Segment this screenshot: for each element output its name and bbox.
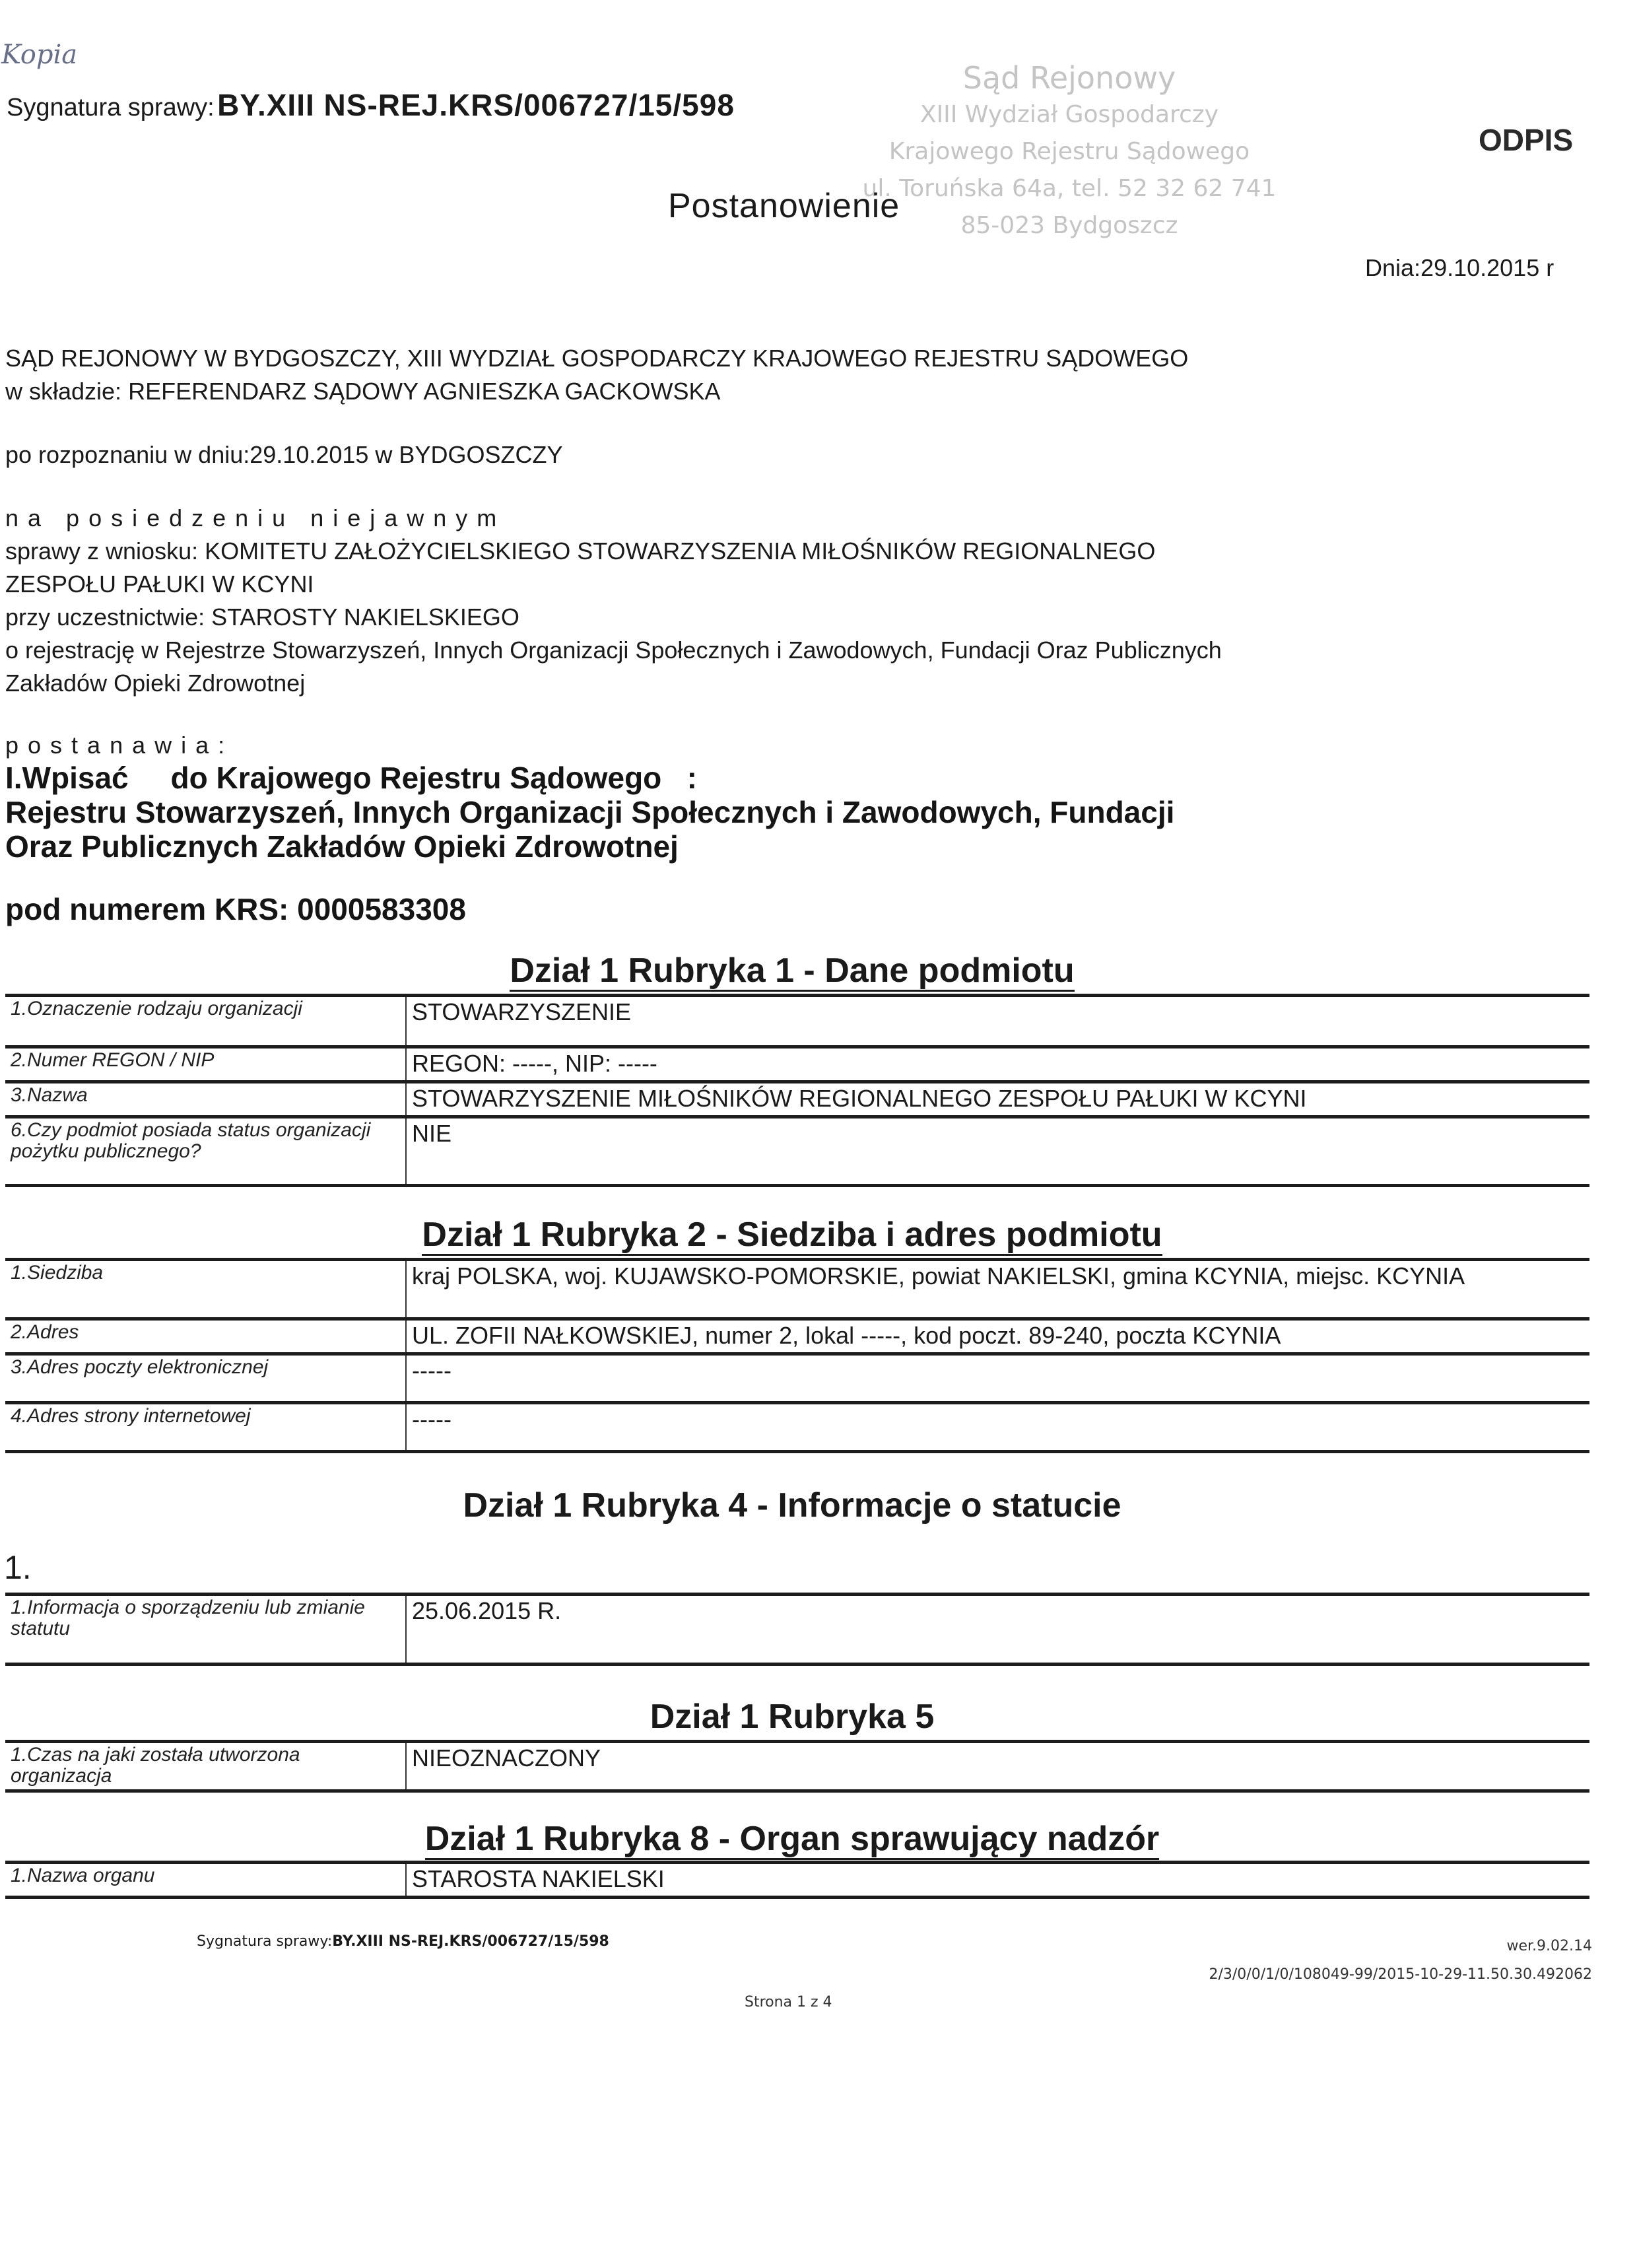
decision-line-2: Rejestru Stowarzyszeń, Innych Organizacj… bbox=[5, 795, 1174, 829]
table-row: 1.Nazwa organu STAROSTA NAKIELSKI bbox=[5, 1863, 1589, 1898]
footer-document-id: 2/3/0/0/1/0/108049-99/2015-10-29-11.50.3… bbox=[1209, 1966, 1592, 1983]
row-label: 1.Czas na jaki została utworzona organiz… bbox=[5, 1742, 406, 1791]
row-label: 3.Nazwa bbox=[5, 1082, 406, 1117]
table-rubryka-5: 1.Czas na jaki została utworzona organiz… bbox=[5, 1740, 1589, 1793]
row-value: REGON: -----, NIP: ----- bbox=[406, 1047, 1589, 1082]
stamp-line-1: Sąd Rejonowy bbox=[772, 59, 1366, 96]
row-value: STOWARZYSZENIE bbox=[406, 996, 1589, 1047]
handwritten-note: Kopia bbox=[1, 40, 77, 70]
row-label: 1.Informacja o sporządzeniu lub zmianie … bbox=[5, 1595, 406, 1665]
row-label: 1.Siedziba bbox=[5, 1260, 406, 1319]
table-rubryka-8: 1.Nazwa organu STAROSTA NAKIELSKI bbox=[5, 1861, 1589, 1899]
table-row: 1.Oznaczenie rodzaju organizacji STOWARZ… bbox=[5, 996, 1589, 1047]
court-name: SĄD REJONOWY W BYDGOSZCZY, XIII WYDZIAŁ … bbox=[5, 342, 1188, 375]
row-value: ----- bbox=[406, 1403, 1589, 1452]
footer-signature-value: BY.XIII NS-REJ.KRS/006727/15/598 bbox=[332, 1933, 609, 1950]
table-row: 3.Nazwa STOWARZYSZENIE MIŁOŚNIKÓW REGION… bbox=[5, 1082, 1589, 1117]
section-title-rubryka-8: Dział 1 Rubryka 8 - Organ sprawujący nad… bbox=[0, 1819, 1584, 1859]
row-label: 6.Czy podmiot posiada status organizacji… bbox=[5, 1117, 406, 1186]
case-signature-label: Sygnatura sprawy: bbox=[7, 94, 215, 121]
table-row: 1.Czas na jaki została utworzona organiz… bbox=[5, 1742, 1589, 1791]
copy-marker: ODPIS bbox=[1479, 122, 1573, 158]
table-row: 1.Informacja o sporządzeniu lub zmianie … bbox=[5, 1595, 1589, 1665]
row-value: STAROSTA NAKIELSKI bbox=[406, 1863, 1589, 1898]
entry-number: 1. bbox=[4, 1548, 32, 1587]
table-row: 1.Siedziba kraj POLSKA, woj. KUJAWSKO-PO… bbox=[5, 1260, 1589, 1319]
table-rubryka-4: 1.Informacja o sporządzeniu lub zmianie … bbox=[5, 1593, 1589, 1666]
stamp-line-2: XIII Wydział Gospodarczy bbox=[772, 96, 1366, 133]
decision-line-1: I.Wpisać do Krajowego Rejestru Sądowego … bbox=[5, 761, 697, 795]
row-label: 2.Numer REGON / NIP bbox=[5, 1047, 406, 1082]
row-label: 4.Adres strony internetowej bbox=[5, 1403, 406, 1452]
stamp-line-3: Krajowego Rejestru Sądowego bbox=[772, 133, 1366, 170]
table-row: 6.Czy podmiot posiada status organizacji… bbox=[5, 1117, 1589, 1186]
section-title-rubryka-2: Dział 1 Rubryka 2 - Siedziba i adres pod… bbox=[0, 1215, 1584, 1254]
section-title-rubryka-5: Dział 1 Rubryka 5 bbox=[0, 1697, 1584, 1736]
applicant-line-1: sprawy z wniosku: KOMITETU ZAŁOŻYCIELSKI… bbox=[5, 535, 1155, 568]
row-label: 1.Oznaczenie rodzaju organizacji bbox=[5, 996, 406, 1047]
case-signature: Sygnatura sprawy: BY.XIII NS-REJ.KRS/006… bbox=[7, 87, 735, 123]
footer-signature: Sygnatura sprawy:BY.XIII NS-REJ.KRS/0067… bbox=[197, 1933, 609, 1950]
row-value: kraj POLSKA, woj. KUJAWSKO-POMORSKIE, po… bbox=[406, 1260, 1589, 1319]
document-title: Postanowienie bbox=[668, 186, 900, 226]
footer-page-number: Strona 1 z 4 bbox=[745, 1994, 832, 2010]
row-label: 2.Adres bbox=[5, 1319, 406, 1354]
row-value: UL. ZOFII NAŁKOWSKIEJ, numer 2, lokal --… bbox=[406, 1319, 1589, 1354]
table-rubryka-2: 1.Siedziba kraj POLSKA, woj. KUJAWSKO-PO… bbox=[5, 1258, 1589, 1453]
subject-line-2: Zakładów Opieki Zdrowotnej bbox=[5, 667, 305, 700]
row-value: 25.06.2015 R. bbox=[406, 1595, 1589, 1665]
court-composition: w składzie: REFERENDARZ SĄDOWY AGNIESZKA… bbox=[5, 375, 721, 408]
subject-line-1: o rejestrację w Rejestrze Stowarzyszeń, … bbox=[5, 634, 1222, 667]
row-value: NIEOZNACZONY bbox=[406, 1742, 1589, 1791]
hearing-info: po rozpoznaniu w dniu:29.10.2015 w BYDGO… bbox=[5, 438, 562, 471]
applicant-line-2: ZESPOŁU PAŁUKI W KCYNI bbox=[5, 568, 314, 601]
table-row: 4.Adres strony internetowej ----- bbox=[5, 1403, 1589, 1452]
row-label: 3.Adres poczty elektronicznej bbox=[5, 1354, 406, 1403]
document-date: Dnia:29.10.2015 r bbox=[1365, 254, 1554, 282]
row-value: NIE bbox=[406, 1117, 1589, 1186]
krs-number: pod numerem KRS: 0000583308 bbox=[5, 891, 466, 927]
table-rubryka-1: 1.Oznaczenie rodzaju organizacji STOWARZ… bbox=[5, 994, 1589, 1187]
case-signature-value: BY.XIII NS-REJ.KRS/006727/15/598 bbox=[217, 88, 735, 122]
session-type: na posiedzeniu niejawnym bbox=[5, 502, 506, 535]
section-title-rubryka-4: Dział 1 Rubryka 4 - Informacje o statuci… bbox=[0, 1486, 1584, 1525]
row-value: STOWARZYSZENIE MIŁOŚNIKÓW REGIONALNEGO Z… bbox=[406, 1082, 1589, 1117]
row-value: ----- bbox=[406, 1354, 1589, 1403]
table-row: 3.Adres poczty elektronicznej ----- bbox=[5, 1354, 1589, 1403]
decision-line-3: Oraz Publicznych Zakładów Opieki Zdrowot… bbox=[5, 829, 679, 864]
section-title-rubryka-1: Dział 1 Rubryka 1 - Dane podmiotu bbox=[0, 951, 1584, 990]
row-label: 1.Nazwa organu bbox=[5, 1863, 406, 1898]
table-row: 2.Adres UL. ZOFII NAŁKOWSKIEJ, numer 2, … bbox=[5, 1319, 1589, 1354]
decision-label: postanawia: bbox=[5, 729, 234, 762]
table-row: 2.Numer REGON / NIP REGON: -----, NIP: -… bbox=[5, 1047, 1589, 1082]
participant: przy uczestnictwie: STAROSTY NAKIELSKIEG… bbox=[5, 601, 519, 634]
footer-signature-label: Sygnatura sprawy: bbox=[197, 1933, 332, 1950]
footer-version: wer.9.02.14 bbox=[1506, 1938, 1592, 1954]
